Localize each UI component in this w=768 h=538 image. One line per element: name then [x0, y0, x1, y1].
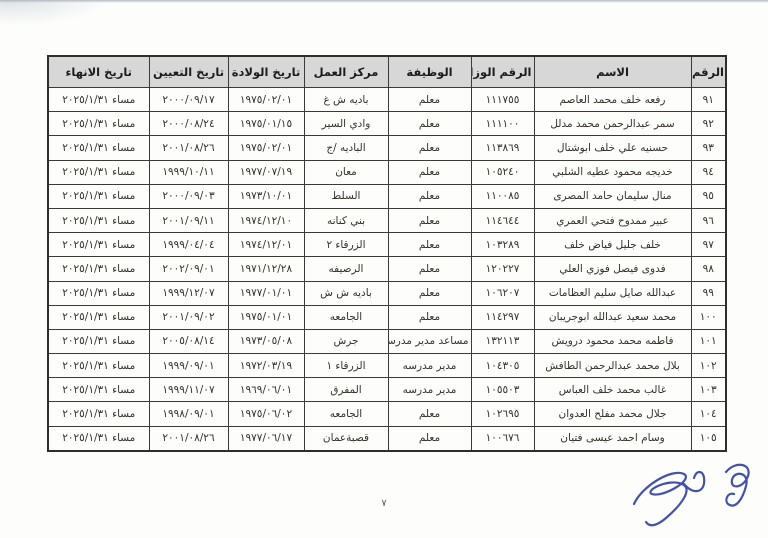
cell-appointment-date: ١٩٩٩/١١/٠٧: [149, 378, 228, 402]
cell-work-center: الجامعه: [304, 402, 388, 426]
cell-no: ٩٨: [691, 257, 726, 281]
cell-appointment-date: ٢٠٠١/٠٨/٢٦: [149, 426, 228, 451]
table-row: ٩١رفعه خلف محمد العاصم١١١٧٥٥معلمباديه ش …: [48, 88, 726, 112]
cell-termination-date: مساء ٢٠٢٥/١/٣١: [48, 112, 149, 136]
cell-appointment-date: ٢٠٠٢/٠٩/٠١: [149, 257, 228, 281]
cell-work-center: وادي السير: [304, 112, 388, 136]
cell-name: رفعه خلف محمد العاصم: [534, 88, 691, 112]
cell-ministerial-no: ١١٤٦٤٤: [471, 208, 534, 232]
cell-termination-date: مساء ٢٠٢٥/١/٣١: [48, 136, 149, 160]
cell-birth-date: ١٩٧٥/٠٢/٠١: [228, 136, 304, 160]
scan-corner-smudge: [0, 0, 110, 26]
cell-appointment-date: ١٩٩٩/١٢/٠٧: [149, 281, 228, 305]
cell-no: ٩٢: [691, 112, 726, 136]
table-row: ٩٢سمر عبدالرحمن محمد مدلل١١١١٠٠معلموادي …: [48, 112, 726, 136]
cell-name: خلف جليل فياض خلف: [534, 233, 691, 257]
cell-name: محمد سعيد عبدالله ابوجريبان: [534, 305, 691, 329]
cell-appointment-date: ١٩٩٨/٠٩/٠١: [149, 402, 228, 426]
cell-ministerial-no: ١١٤٢٩٧: [471, 305, 534, 329]
cell-work-center: قصبةعمان: [304, 426, 388, 451]
cell-work-center: جرش: [304, 329, 388, 353]
cell-birth-date: ١٩٧٣/١٠/٠١: [228, 184, 304, 208]
cell-name: حسنيه علي خلف ابوشتال: [534, 136, 691, 160]
cell-termination-date: مساء ٢٠٢٥/١/٣١: [48, 281, 149, 305]
cell-no: ٩٦: [691, 208, 726, 232]
cell-name: جلال محمد مفلح العدوان: [534, 402, 691, 426]
column-header: تاريخ التعيين: [149, 56, 228, 88]
cell-termination-date: مساء ٢٠٢٥/١/٣١: [48, 160, 149, 184]
cell-ministerial-no: ١٠٦٢٠٧: [471, 281, 534, 305]
cell-appointment-date: ١٩٩٩/٠٩/٠١: [149, 354, 228, 378]
cell-job: معلم: [388, 426, 471, 451]
cell-name: خديجه محمود عطيه الشلبي: [534, 160, 691, 184]
cell-job: معلم: [388, 160, 471, 184]
cell-name: بلال محمد عبدالرحمن الطافش: [534, 354, 691, 378]
cell-work-center: الباديه /ج: [304, 136, 388, 160]
cell-ministerial-no: ١١٣٨٦٩: [471, 136, 534, 160]
cell-appointment-date: ٢٠٠٠/٠٨/٢٤: [149, 112, 228, 136]
cell-appointment-date: ٢٠٠١/٠٩/٠٢: [149, 305, 228, 329]
cell-ministerial-no: ١١١٧٥٥: [471, 88, 534, 112]
cell-no: ١٠٤: [691, 402, 726, 426]
cell-no: ٩٩: [691, 281, 726, 305]
cell-appointment-date: ١٩٩٩/١٠/١١: [149, 160, 228, 184]
cell-birth-date: ١٩٧٣/٠٥/٠٨: [228, 329, 304, 353]
cell-work-center: الجامعه: [304, 305, 388, 329]
cell-name: غالب محمد خلف العباس: [534, 378, 691, 402]
cell-job: معلم: [388, 257, 471, 281]
cell-birth-date: ١٩٧٧/٠٧/١٩: [228, 160, 304, 184]
cell-name: فدوى فيصل فوزي العلي: [534, 257, 691, 281]
cell-job: معلم: [388, 208, 471, 232]
cell-termination-date: مساء ٢٠٢٥/١/٣١: [48, 257, 149, 281]
cell-name: عبدالله صايل سليم العظامات: [534, 281, 691, 305]
cell-birth-date: ١٩٧٥/٠٦/٠٢: [228, 402, 304, 426]
cell-work-center: الزرقاء ٢: [304, 233, 388, 257]
table-row: ١٠٥وسام احمد عيسى فتيان١٠٠٦٧٦معلمقصبةعما…: [48, 426, 726, 451]
cell-no: ١٠٠: [691, 305, 726, 329]
column-header: مركز العمل: [304, 56, 388, 88]
cell-termination-date: مساء ٢٠٢٥/١/٣١: [48, 329, 149, 353]
cell-no: ١٠١: [691, 329, 726, 353]
cell-birth-date: ١٩٦٩/٠٦/٠١: [228, 378, 304, 402]
cell-appointment-date: ٢٠٠١/٠٨/٢٦: [149, 136, 228, 160]
cell-job: معلم: [388, 88, 471, 112]
cell-termination-date: مساء ٢٠٢٥/١/٣١: [48, 354, 149, 378]
cell-job: معلم: [388, 233, 471, 257]
table-row: ٩٦عبير ممدوح فتحي العمري١١٤٦٤٤معلمبني كن…: [48, 208, 726, 232]
table-row: ٩٥منال سليمان حامد المصرى١١٠٠٨٥معلمالسلط…: [48, 184, 726, 208]
cell-birth-date: ١٩٧٧/٠٦/١٧: [228, 426, 304, 451]
cell-job: معلم: [388, 112, 471, 136]
cell-name: منال سليمان حامد المصرى: [534, 184, 691, 208]
cell-ministerial-no: ١٠٤٣٠٥: [471, 354, 534, 378]
column-header: تاريخ الانهاء: [48, 56, 149, 88]
cell-termination-date: مساء ٢٠٢٥/١/٣١: [48, 184, 149, 208]
cell-no: ١٠٢: [691, 354, 726, 378]
cell-name: فاطمه محمد محمود درويش: [534, 329, 691, 353]
cell-termination-date: مساء ٢٠٢٥/١/٣١: [48, 378, 149, 402]
column-header: الرقم: [691, 56, 726, 88]
table-row: ١٠٢بلال محمد عبدالرحمن الطافش١٠٤٣٠٥مدير …: [48, 354, 726, 378]
cell-termination-date: مساء ٢٠٢٥/١/٣١: [48, 426, 149, 451]
cell-ministerial-no: ١٠٣٢٨٩: [471, 233, 534, 257]
cell-job: معلم: [388, 305, 471, 329]
table-row: ١٠٣غالب محمد خلف العباس١٠٥٥٠٣مدير مدرسها…: [48, 378, 726, 402]
cell-birth-date: ١٩٧٥/٠١/٠١: [228, 305, 304, 329]
document-page: الرقمالاسمالرقم الوزاريالوظيفةمركز العمل…: [47, 55, 727, 452]
cell-birth-date: ١٩٧٤/١٢/٠١: [228, 233, 304, 257]
table-row: ١٠٤جلال محمد مفلح العدوان١٠٢٦٩٥معلمالجام…: [48, 402, 726, 426]
cell-job: معلم: [388, 281, 471, 305]
cell-appointment-date: ٢٠٠٠/٠٩/١٧: [149, 88, 228, 112]
cell-name: عبير ممدوح فتحي العمري: [534, 208, 691, 232]
cell-work-center: باديه ش ش: [304, 281, 388, 305]
column-header: تاريخ الولادة: [228, 56, 304, 88]
cell-no: ١٠٣: [691, 378, 726, 402]
cell-work-center: الزرقاء ١: [304, 354, 388, 378]
table-row: ٩٧خلف جليل فياض خلف١٠٣٢٨٩معلمالزرقاء ٢١٩…: [48, 233, 726, 257]
cell-birth-date: ١٩٧٥/٠٢/٠١: [228, 88, 304, 112]
records-table-body: ٩١رفعه خلف محمد العاصم١١١٧٥٥معلمباديه ش …: [48, 88, 726, 451]
cell-termination-date: مساء ٢٠٢٥/١/٣١: [48, 402, 149, 426]
cell-work-center: المفرق: [304, 378, 388, 402]
cell-appointment-date: ٢٠٠٠/٠٩/٠٣: [149, 184, 228, 208]
cell-appointment-date: ١٩٩٩/٠٤/٠٤: [149, 233, 228, 257]
cell-name: وسام احمد عيسى فتيان: [534, 426, 691, 451]
cell-no: ٩٧: [691, 233, 726, 257]
cell-no: ٩٥: [691, 184, 726, 208]
cell-ministerial-no: ١٣٢١١٣: [471, 329, 534, 353]
cell-job: مساعد مدير مدرسه: [388, 329, 471, 353]
column-header: الرقم الوزاري: [471, 56, 534, 88]
cell-name: سمر عبدالرحمن محمد مدلل: [534, 112, 691, 136]
cell-work-center: باديه ش غ: [304, 88, 388, 112]
cell-birth-date: ١٩٧٢/٠٣/١٩: [228, 354, 304, 378]
cell-termination-date: مساء ٢٠٢٥/١/٣١: [48, 208, 149, 232]
cell-work-center: السلط: [304, 184, 388, 208]
cell-birth-date: ١٩٧٥/٠١/١٥: [228, 112, 304, 136]
cell-no: ٩٣: [691, 136, 726, 160]
table-row: ١٠١فاطمه محمد محمود درويش١٣٢١١٣مساعد مدي…: [48, 329, 726, 353]
column-header: الاسم: [534, 56, 691, 88]
table-row: ٩٩عبدالله صايل سليم العظامات١٠٦٢٠٧معلمبا…: [48, 281, 726, 305]
header-row: الرقمالاسمالرقم الوزاريالوظيفةمركز العمل…: [48, 56, 726, 88]
cell-termination-date: مساء ٢٠٢٥/١/٣١: [48, 233, 149, 257]
cell-termination-date: مساء ٢٠٢٥/١/٣١: [48, 305, 149, 329]
cell-job: معلم: [388, 136, 471, 160]
cell-job: مدير مدرسه: [388, 378, 471, 402]
cell-no: ١٠٥: [691, 426, 726, 451]
table-row: ١٠٠محمد سعيد عبدالله ابوجريبان١١٤٢٩٧معلم…: [48, 305, 726, 329]
cell-ministerial-no: ١٠٥٢٤٠: [471, 160, 534, 184]
cell-ministerial-no: ١١١١٠٠: [471, 112, 534, 136]
cell-birth-date: ١٩٧١/١٢/٢٨: [228, 257, 304, 281]
page-number: ٧: [0, 498, 768, 509]
cell-appointment-date: ٢٠٠١/٠٩/١١: [149, 208, 228, 232]
records-table: الرقمالاسمالرقم الوزاريالوظيفةمركز العمل…: [47, 55, 727, 452]
cell-ministerial-no: ١٠٥٥٠٣: [471, 378, 534, 402]
cell-work-center: بني كنانه: [304, 208, 388, 232]
scan-top-edge: [0, 0, 768, 3]
cell-birth-date: ١٩٧٤/١٢/١٠: [228, 208, 304, 232]
table-row: ٩٤خديجه محمود عطيه الشلبي١٠٥٢٤٠معلممعان١…: [48, 160, 726, 184]
cell-work-center: الرصيفه: [304, 257, 388, 281]
cell-ministerial-no: ١٠٠٦٧٦: [471, 426, 534, 451]
cell-ministerial-no: ١٠٢٦٩٥: [471, 402, 534, 426]
cell-job: مدير مدرسه: [388, 354, 471, 378]
cell-no: ٩١: [691, 88, 726, 112]
cell-appointment-date: ٢٠٠٥/٠٨/١٤: [149, 329, 228, 353]
table-row: ٩٨فدوى فيصل فوزي العلي١٢٠٢٢٧معلمالرصيفه١…: [48, 257, 726, 281]
table-row: ٩٣حسنيه علي خلف ابوشتال١١٣٨٦٩معلمالباديه…: [48, 136, 726, 160]
cell-termination-date: مساء ٢٠٢٥/١/٣١: [48, 88, 149, 112]
cell-work-center: معان: [304, 160, 388, 184]
cell-job: معلم: [388, 402, 471, 426]
cell-no: ٩٤: [691, 160, 726, 184]
cell-birth-date: ١٩٧٧/٠١/٠١: [228, 281, 304, 305]
cell-ministerial-no: ١٢٠٢٢٧: [471, 257, 534, 281]
column-header: الوظيفة: [388, 56, 471, 88]
cell-job: معلم: [388, 184, 471, 208]
cell-ministerial-no: ١١٠٠٨٥: [471, 184, 534, 208]
